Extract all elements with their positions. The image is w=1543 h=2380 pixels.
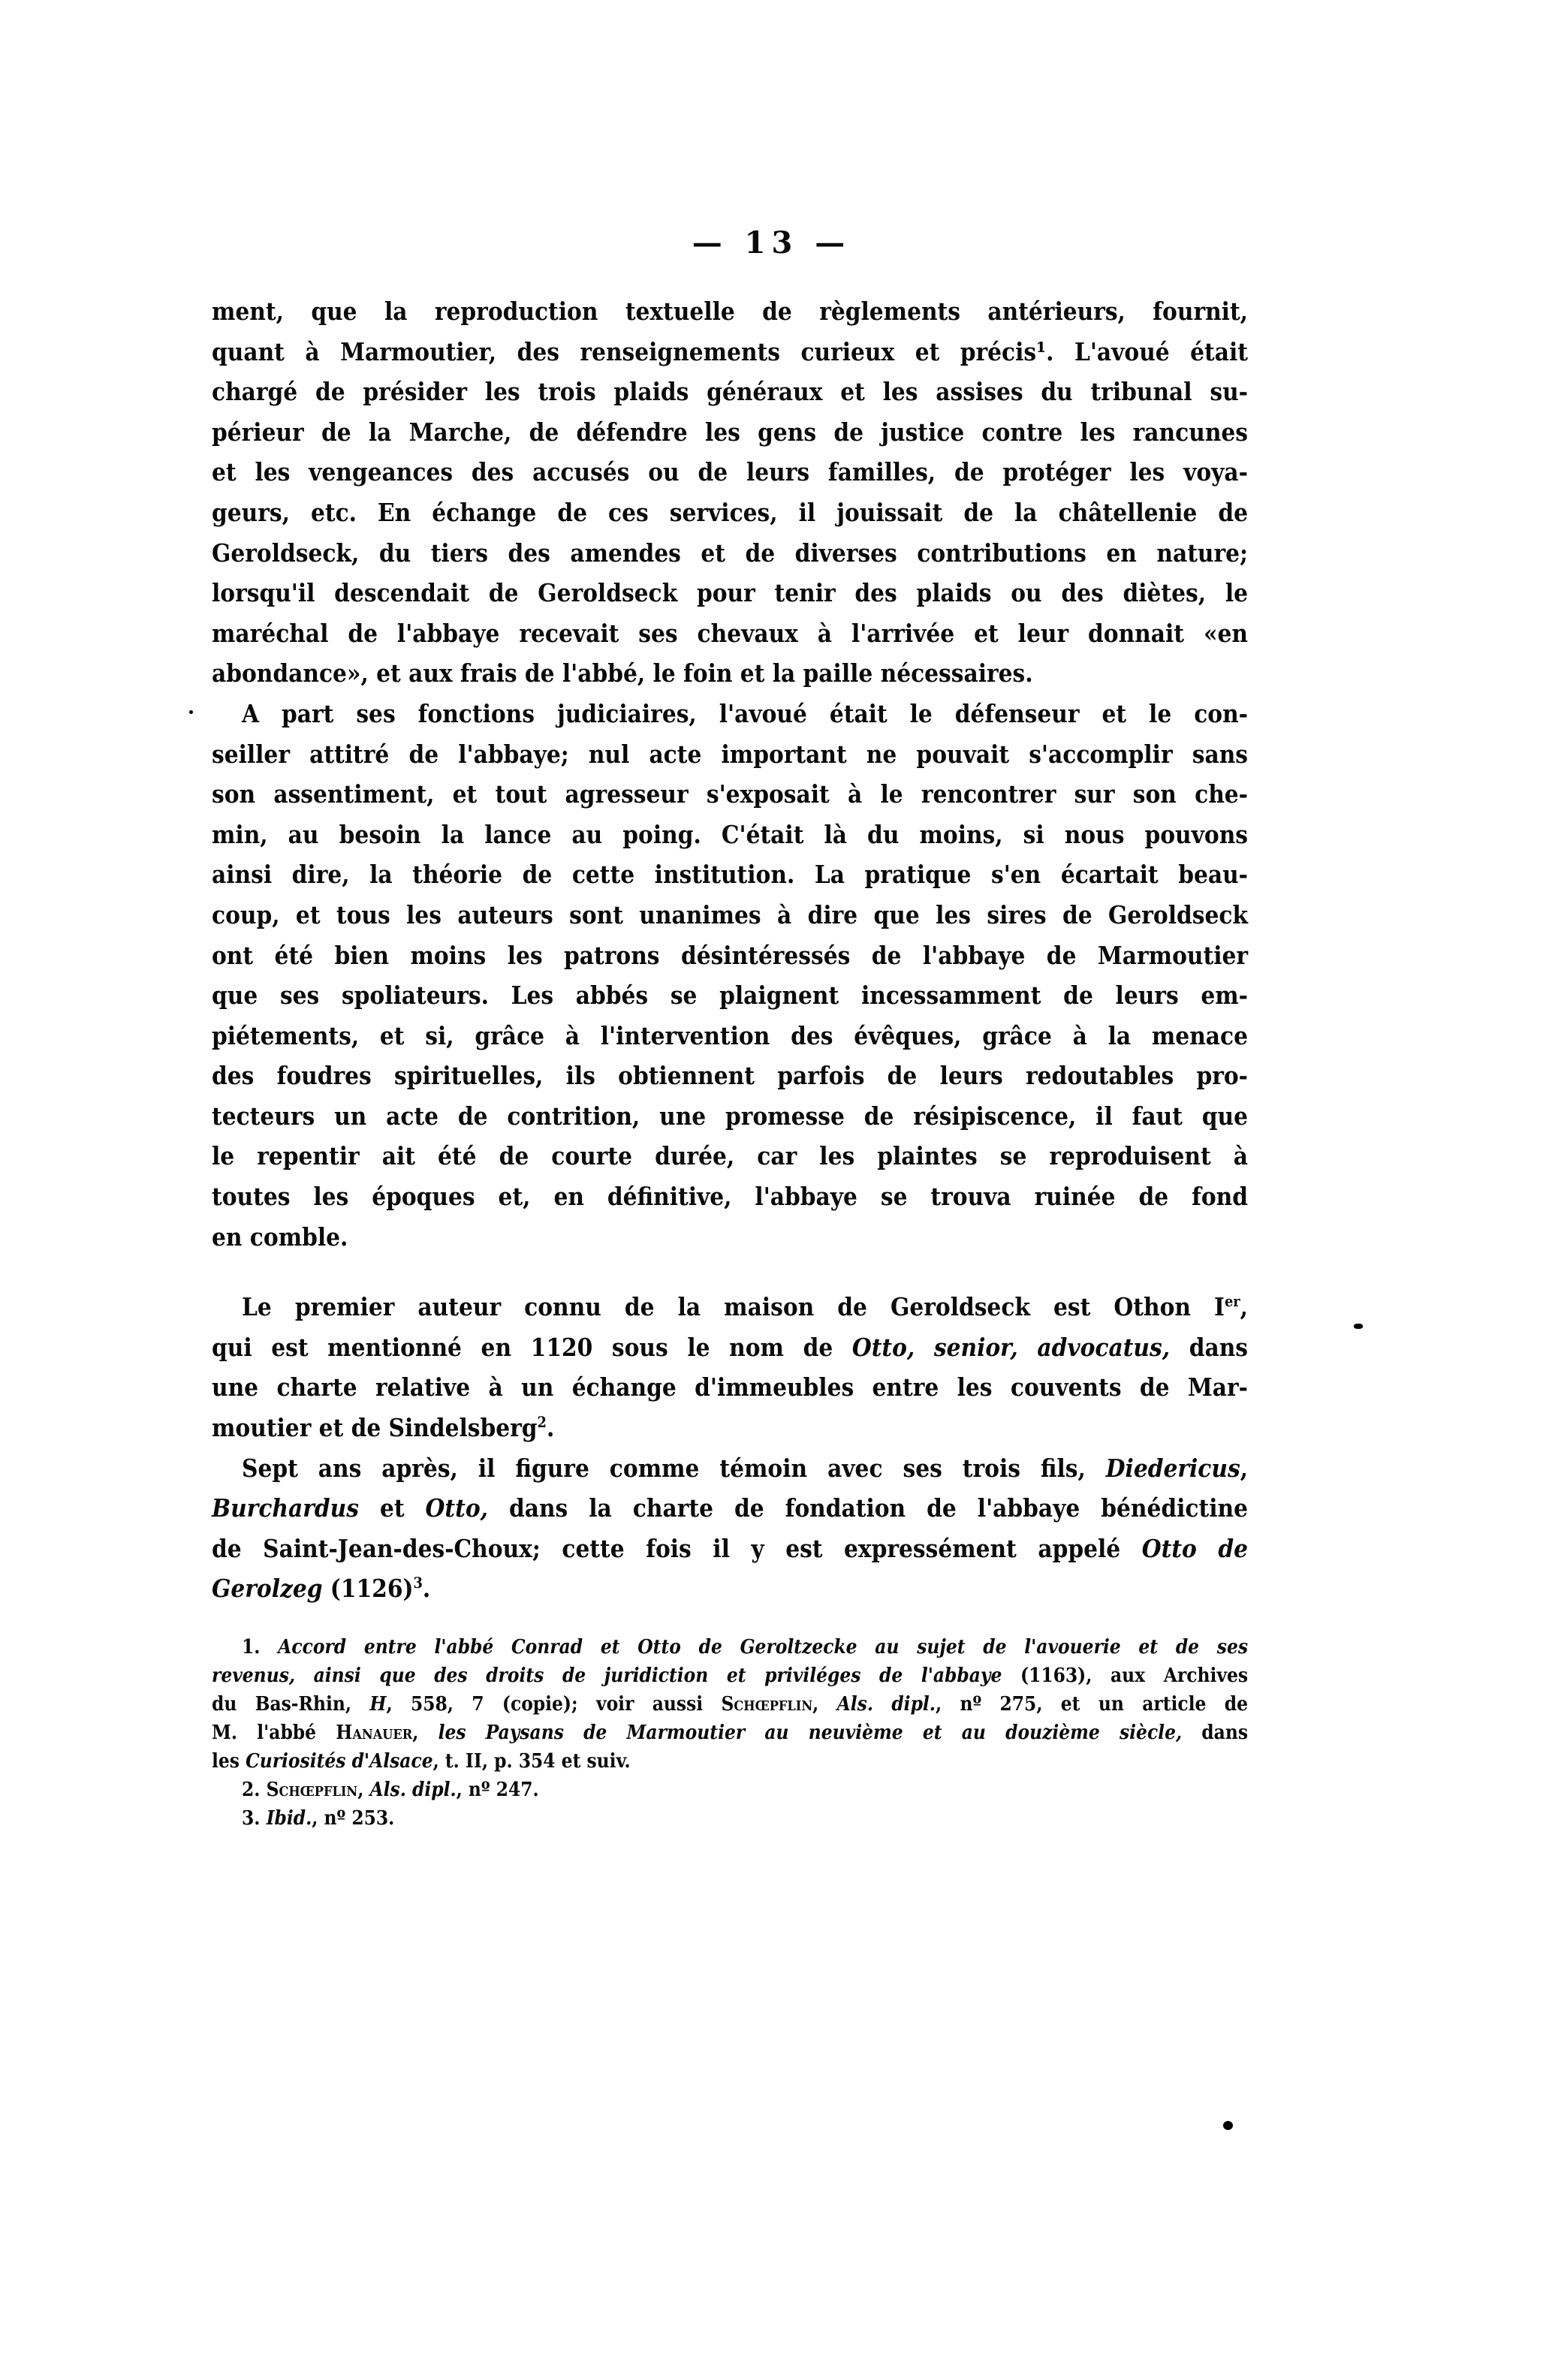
footnote-1: 1. Accord entre l'abbé Conrad et Otto de…: [212, 1633, 1248, 1661]
text-line: ont été bien moins les patrons désintére…: [212, 935, 1248, 976]
footnote-line: revenus, ainsi que des droits de juridic…: [212, 1661, 1248, 1690]
body-text: ment, que la reproduction textuelle de r…: [212, 291, 1248, 1833]
latin-term: Otto, senior, advocatus,: [852, 1333, 1170, 1362]
latin-name: Gerolzeg: [212, 1574, 322, 1603]
text-line: seiller attitré de l'abbaye; nul acte im…: [212, 734, 1248, 775]
footnote-3: 3. Ibid., nº 253.: [212, 1804, 1248, 1833]
text-line: Burchardus et Otto, dans la charte de fo…: [212, 1488, 1248, 1529]
section-gap: [212, 1257, 1248, 1287]
text-line: lorsqu'il descendait de Geroldseck pour …: [212, 573, 1248, 613]
text-line: des foudres spirituelles, ils obtiennent…: [212, 1056, 1248, 1096]
text-line: min, au besoin la lance au poing. C'étai…: [212, 815, 1248, 855]
footnote-gap: [212, 1609, 1248, 1633]
scan-speck: [189, 710, 193, 714]
text-line: ment, que la reproduction textuelle de r…: [212, 291, 1248, 332]
page-number: — 13 —: [0, 225, 1543, 261]
latin-name: Otto de: [1142, 1534, 1248, 1563]
footnote-2: 2. Schœpflin, Als. dipl., nº 247.: [212, 1776, 1248, 1804]
text-line: maréchal de l'abbaye recevait ses chevau…: [212, 613, 1248, 654]
superscript: er: [1225, 1292, 1240, 1310]
text-line: son assentiment, et tout agresseur s'exp…: [212, 774, 1248, 815]
text-line: Le premier auteur connu de la maison de …: [212, 1287, 1248, 1327]
text-line: une charte relative à un échange d'immeu…: [212, 1367, 1248, 1408]
text-line: qui est mentionné en 1120 sous le nom de…: [212, 1327, 1248, 1368]
text-line: de Saint-Jean-des-Choux; cette fois il y…: [212, 1529, 1248, 1569]
text-line: en comble.: [212, 1217, 1248, 1258]
footnotes: 1. Accord entre l'abbé Conrad et Otto de…: [212, 1633, 1248, 1833]
text-line: piétements, et si, grâce à l'interventio…: [212, 1016, 1248, 1056]
latin-name: Burchardus: [212, 1493, 359, 1523]
latin-name: Diedericus: [1106, 1454, 1240, 1483]
footnote-ref-3: 3: [414, 1574, 423, 1592]
text-line: et les vengeances des accusés ou de leur…: [212, 452, 1248, 493]
text-line: périeur de la Marche, de défendre les ge…: [212, 412, 1248, 453]
text-line: coup, et tous les auteurs sont unanimes …: [212, 895, 1248, 935]
footnote-line: M. l'abbé Hanauer, les Paysans de Marmou…: [212, 1719, 1248, 1747]
text-line: tecteurs un acte de contrition, une prom…: [212, 1096, 1248, 1137]
footnote-line: du Bas-Rhin, H, 558, 7 (copie); voir aus…: [212, 1690, 1248, 1719]
text-line: quant à Marmoutier, des renseignements c…: [212, 332, 1248, 372]
text-line: Sept ans après, il figure comme témoin a…: [212, 1448, 1248, 1489]
text-line: moutier et de Sindelsberg2.: [212, 1408, 1248, 1448]
scan-speck: [1223, 2121, 1233, 2130]
latin-name: Otto,: [426, 1493, 488, 1523]
text-line: A part ses fonctions judiciaires, l'avou…: [212, 694, 1248, 734]
text-line: toutes les époques et, en définitive, l'…: [212, 1176, 1248, 1217]
footnote-line: les Curiosités d'Alsace, t. II, p. 354 e…: [212, 1747, 1248, 1776]
text-line: ainsi dire, la théorie de cette institut…: [212, 854, 1248, 895]
text-line: abondance», et aux frais de l'abbé, le f…: [212, 653, 1248, 694]
text-line: Geroldseck, du tiers des amendes et de d…: [212, 533, 1248, 574]
scan-speck: [1354, 1324, 1363, 1329]
footnote-ref-2: 2: [538, 1413, 547, 1431]
text-line: que ses spoliateurs. Les abbés se plaign…: [212, 975, 1248, 1016]
text-line: geurs, etc. En échange de ces services, …: [212, 493, 1248, 533]
text-line: Gerolzeg (1126)3.: [212, 1568, 1248, 1609]
text-line: le repentir ait été de courte durée, car…: [212, 1136, 1248, 1176]
text-line: chargé de présider les trois plaids géné…: [212, 372, 1248, 412]
